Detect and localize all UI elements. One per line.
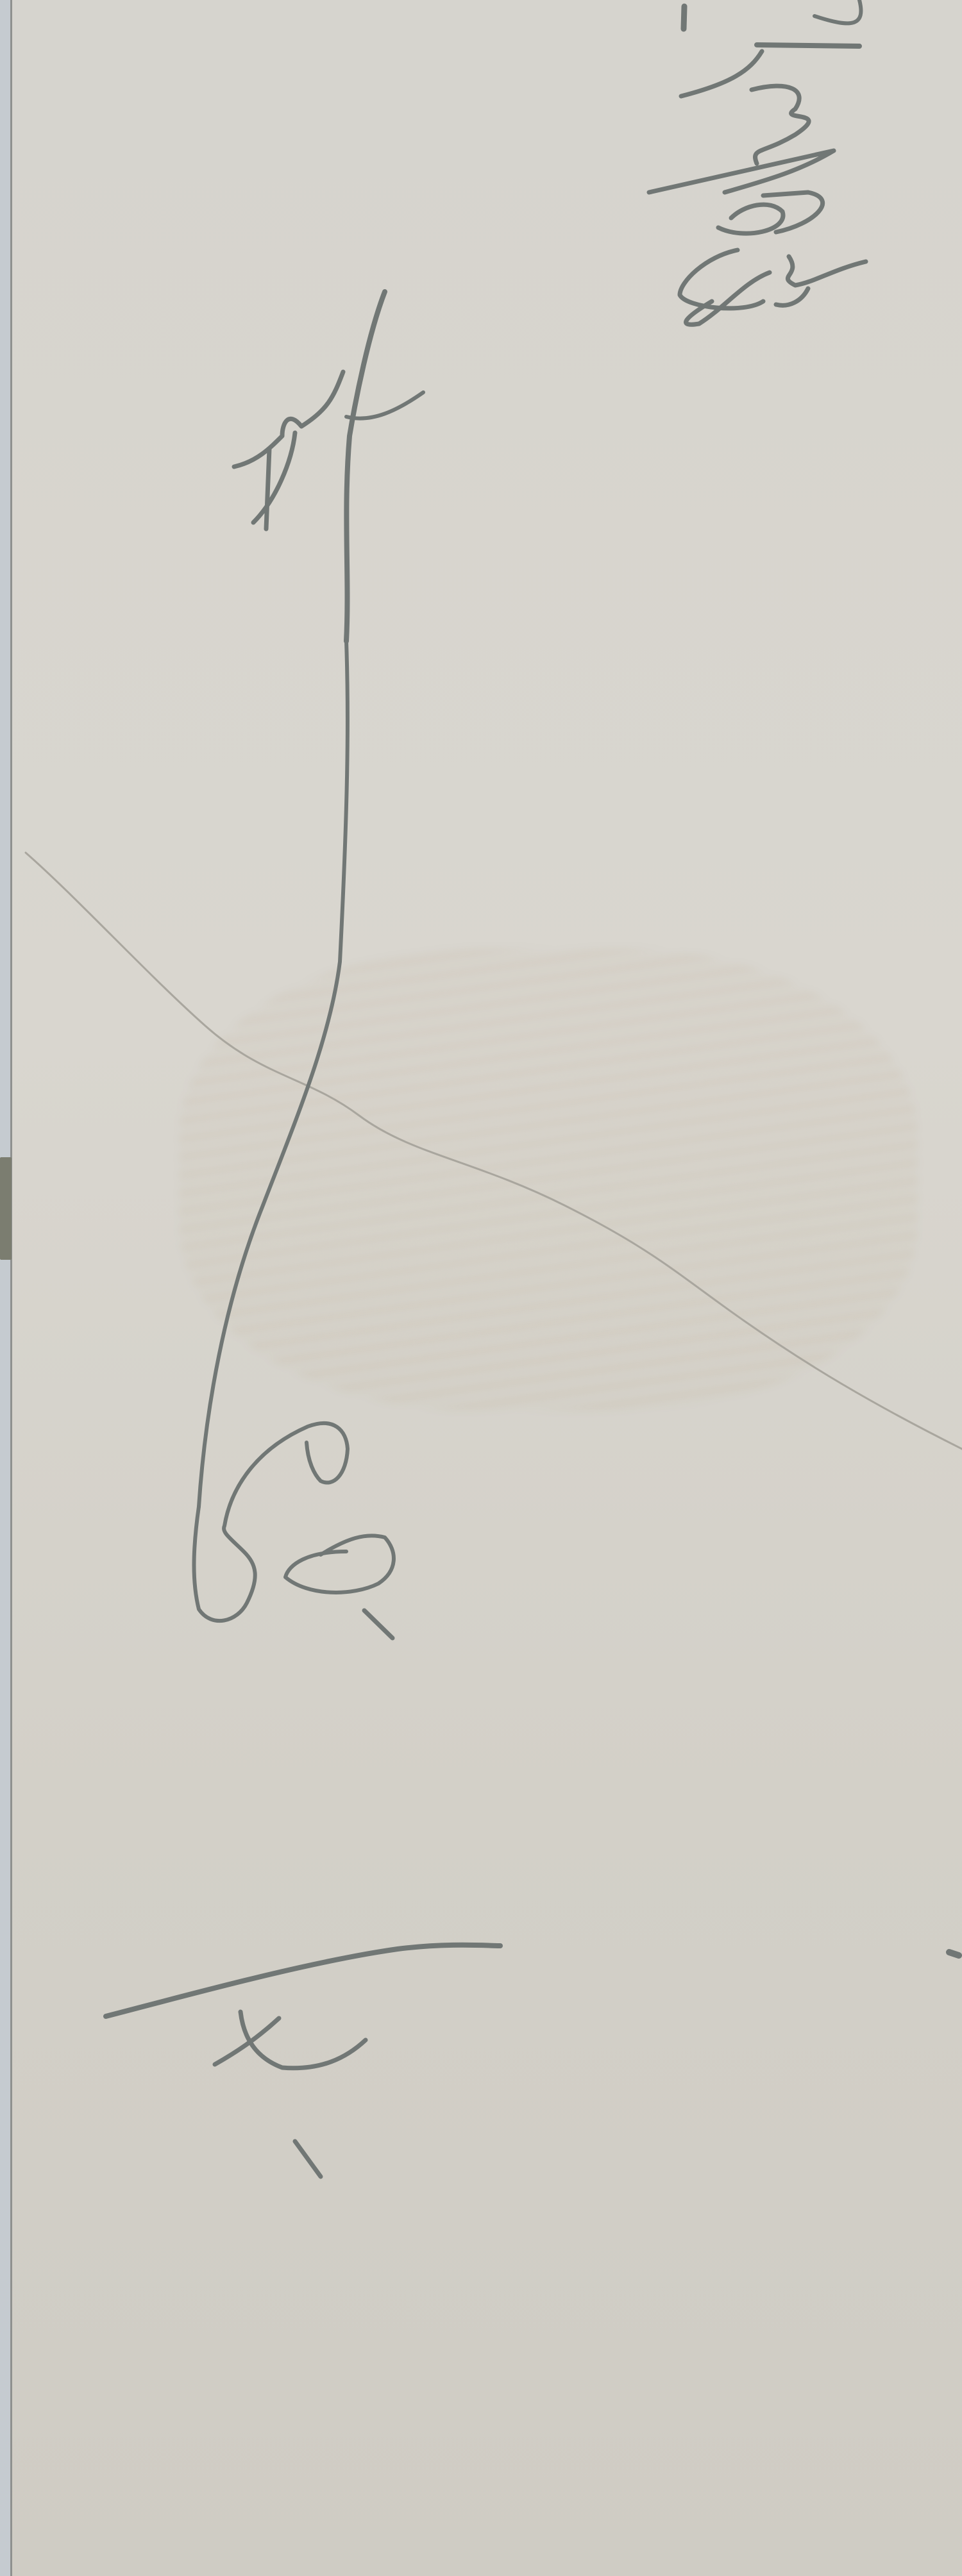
comma-2: [295, 2141, 321, 2177]
margin-mark: [949, 1952, 959, 1955]
char-mizu-stem: [346, 292, 385, 641]
connecting-stroke: [199, 641, 348, 1507]
photo: 一気高好 水もの、下ヒ、: [0, 0, 962, 2576]
char-ki: [681, 51, 809, 163]
char-taka: [649, 151, 834, 233]
tear-line: [26, 853, 962, 1449]
char-mizu-left: [234, 372, 343, 529]
char-fragment-top: [684, 6, 684, 29]
char-hi: [215, 2012, 366, 2068]
handwriting-strokes: [0, 0, 962, 2576]
char-no: [285, 1535, 394, 1593]
comma-1: [364, 1610, 392, 1638]
char-kou: [680, 250, 866, 324]
char-ichi: [757, 45, 859, 46]
char-shita-bar: [106, 1945, 500, 2016]
